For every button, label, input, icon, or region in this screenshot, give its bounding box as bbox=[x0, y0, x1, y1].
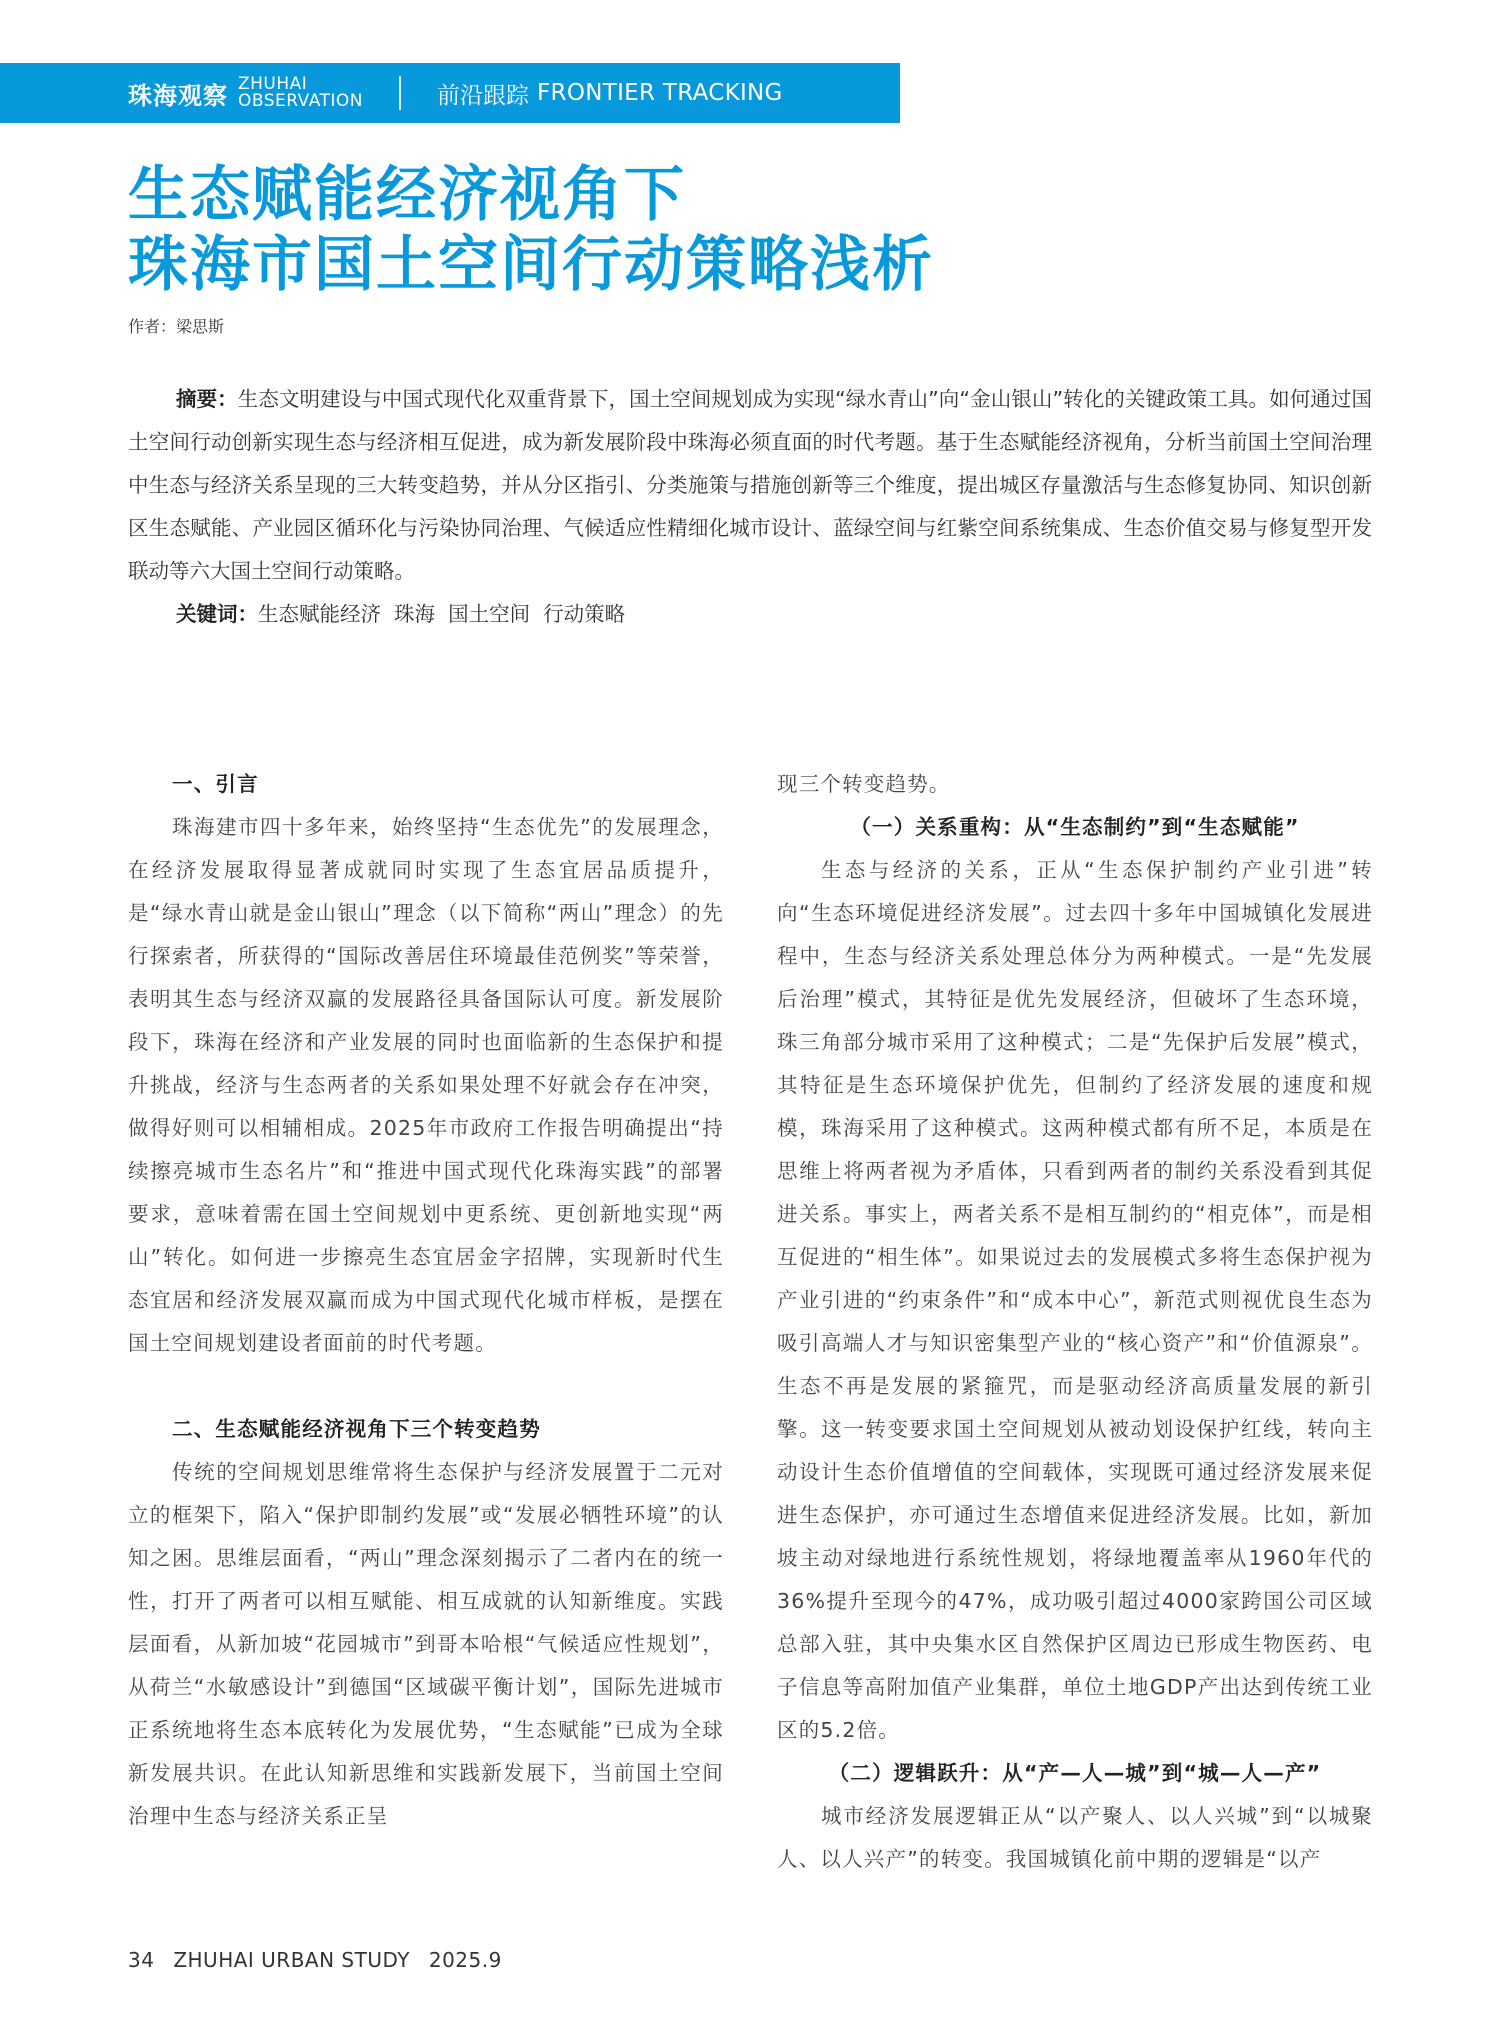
paragraph: 城市经济发展逻辑正从“以产聚人、以人兴城”到“以城聚人、以人兴产”的转变。我国城… bbox=[777, 1795, 1373, 1881]
paragraph: 珠海建市四十多年来，始终坚持“生态优先”的发展理念，在经济发展取得显著成就同时实… bbox=[128, 806, 724, 1365]
section-banner: 珠海观察 ZHUHAI OBSERVATION 前沿跟踪 FRONTIER TR… bbox=[0, 63, 900, 123]
keywords-label: 关键词： bbox=[176, 602, 258, 626]
abstract-label: 摘要： bbox=[176, 387, 238, 411]
page-footer: 34 ZHUHAI URBAN STUDY 2025.9 bbox=[128, 1948, 514, 1972]
section-name-cn: 珠海观察 bbox=[128, 76, 228, 111]
page-number: 34 bbox=[128, 1948, 154, 1972]
body-column-left: 一、引言 珠海建市四十多年来，始终坚持“生态优先”的发展理念，在经济发展取得显著… bbox=[128, 763, 724, 1838]
journal-name: ZHUHAI URBAN STUDY bbox=[173, 1948, 410, 1972]
paragraph: 传统的空间规划思维常将生态保护与经济发展置于二元对立的框架下，陷入“保护即制约发… bbox=[128, 1451, 724, 1838]
column-name-en: FRONTIER TRACKING bbox=[537, 80, 783, 106]
section-name-en: ZHUHAI OBSERVATION bbox=[238, 76, 363, 110]
banner-divider bbox=[399, 76, 401, 110]
title-line-2: 珠海市国土空间行动策略浅析 bbox=[128, 230, 934, 300]
paragraph-continued: 现三个转变趋势。 bbox=[777, 763, 1373, 806]
issue-number: 2025.9 bbox=[429, 1948, 502, 1972]
abstract-block: 摘要：生态文明建设与中国式现代化双重背景下，国土空间规划成为实现“绿水青山”向“… bbox=[128, 378, 1372, 636]
title-line-1: 生态赋能经济视角下 bbox=[128, 160, 934, 230]
abstract-text: 生态文明建设与中国式现代化双重背景下，国土空间规划成为实现“绿水青山”向“金山银… bbox=[128, 387, 1372, 583]
subsection-heading-1: （一）关系重构：从“生态制约”到“生态赋能” bbox=[777, 806, 1373, 849]
article-title: 生态赋能经济视角下 珠海市国土空间行动策略浅析 bbox=[128, 160, 934, 300]
keywords-text: 生态赋能经济 珠海 国土空间 行动策略 bbox=[258, 602, 625, 626]
body-column-right: 现三个转变趋势。 （一）关系重构：从“生态制约”到“生态赋能” 生态与经济的关系… bbox=[777, 763, 1373, 1881]
keywords: 关键词：生态赋能经济 珠海 国土空间 行动策略 bbox=[128, 593, 1372, 636]
author-line: 作者：梁思斯 bbox=[128, 314, 224, 337]
section-name-en-line2: OBSERVATION bbox=[238, 91, 363, 111]
paragraph: 生态与经济的关系，正从“生态保护制约产业引进”转向“生态环境促进经济发展”。过去… bbox=[777, 849, 1373, 1752]
abstract: 摘要：生态文明建设与中国式现代化双重背景下，国土空间规划成为实现“绿水青山”向“… bbox=[128, 378, 1372, 593]
section-heading-trends: 二、生态赋能经济视角下三个转变趋势 bbox=[128, 1408, 724, 1451]
column-name-cn: 前沿跟踪 bbox=[437, 77, 529, 110]
subsection-heading-2: （二）逻辑跃升：从“产—人—城”到“城—人—产” bbox=[777, 1752, 1373, 1795]
section-heading-intro: 一、引言 bbox=[128, 763, 724, 806]
